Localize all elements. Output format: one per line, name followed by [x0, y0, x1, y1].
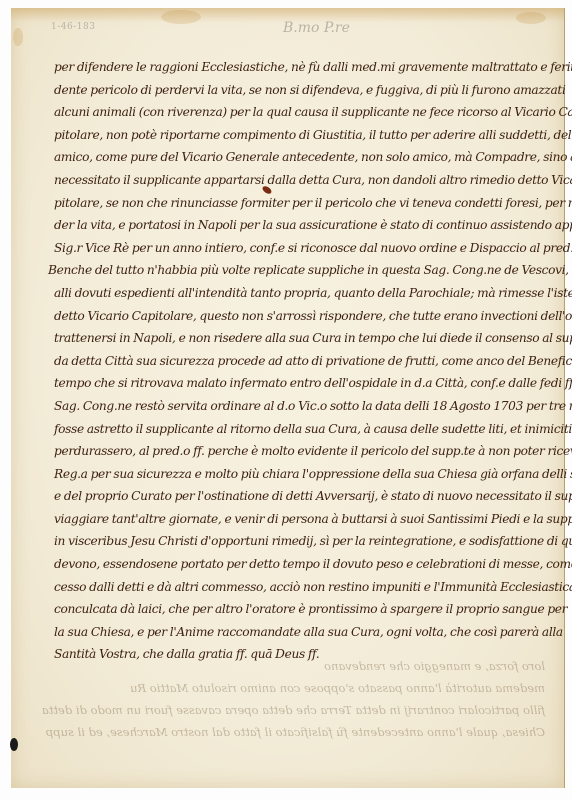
- text-line: der la vita, e portatosi in Napoli per l…: [54, 214, 549, 237]
- text-line: da detta Città sua sicurezza procede ad …: [54, 350, 549, 373]
- text-line: e del proprio Curato per l'ostinatione d…: [54, 485, 549, 508]
- text-line: in visceribus Jesu Christi d'opportuni r…: [54, 530, 549, 553]
- text-line: Sig.r Vice Rè per un anno intiero, conf.…: [54, 237, 549, 260]
- text-line: per difendere le raggioni Ecclesiastiche…: [54, 56, 549, 79]
- foxing-stain: [13, 28, 23, 46]
- text-line: viaggiare tant'altre giornate, e venir d…: [54, 508, 549, 531]
- text-line: pitolare, non potè riportarne compimento…: [54, 124, 549, 147]
- foxing-stain: [516, 12, 546, 24]
- text-line: necessitato il supplicante appartarsi da…: [54, 169, 549, 192]
- bleed-through-text: loro forza, e maneggio che rendevano med…: [35, 655, 545, 743]
- bleed-line: fillo particolari contrarij in detta Ter…: [35, 699, 545, 721]
- text-line: Benche del tutto n'habbia più volte repl…: [48, 259, 549, 282]
- text-line: detto Vicario Capitolare, questo non s'a…: [54, 305, 549, 328]
- binding-hole: [10, 738, 18, 751]
- text-line: Sag. Cong.ne restò servita ordinare al d…: [54, 395, 549, 418]
- text-line: conculcata dà laici, che per altro l'ora…: [54, 598, 549, 621]
- manuscript-body: per difendere le raggioni Ecclesiastiche…: [54, 56, 549, 666]
- text-line: fosse astretto il supplicante al ritorno…: [54, 418, 549, 441]
- text-line: la sua Chiesa, e per l'Anime raccomandat…: [54, 621, 549, 644]
- text-line: pitolare, se non che rinunciasse formite…: [54, 192, 549, 215]
- text-line: alli dovuti espedienti all'intendità tan…: [54, 282, 549, 305]
- text-line: dente pericolo di perdervi la vita, se n…: [54, 79, 549, 102]
- text-line: trattenersi in Napoli, e non risedere al…: [54, 327, 549, 350]
- bleed-line: medema autorità l'anno passato s'oppose …: [35, 677, 545, 699]
- text-line: alcuni animali (con riverenza) per la qu…: [54, 101, 549, 124]
- heading-note: B.mo P.re: [283, 20, 350, 36]
- text-line: amico, come pure del Vicario Generale an…: [54, 146, 549, 169]
- archive-number: 1-46-183: [51, 22, 95, 32]
- text-line: devono, essendosene portato per detto te…: [54, 553, 549, 576]
- bleed-line: Chiesa, quale l'anno antecedente fù fals…: [35, 721, 545, 743]
- text-line: Reg.a per sua sicurezza e molto più chia…: [54, 463, 549, 486]
- text-line: cesso dalli detti e dà altri commesso, a…: [54, 576, 549, 599]
- text-line: perdurassero, al pred.o ff. perche è mol…: [54, 440, 549, 463]
- foxing-stain: [161, 10, 201, 24]
- text-line: tempo che si ritrovava malato infermato …: [54, 372, 549, 395]
- bleed-line: loro forza, e maneggio che rendevano: [35, 655, 545, 677]
